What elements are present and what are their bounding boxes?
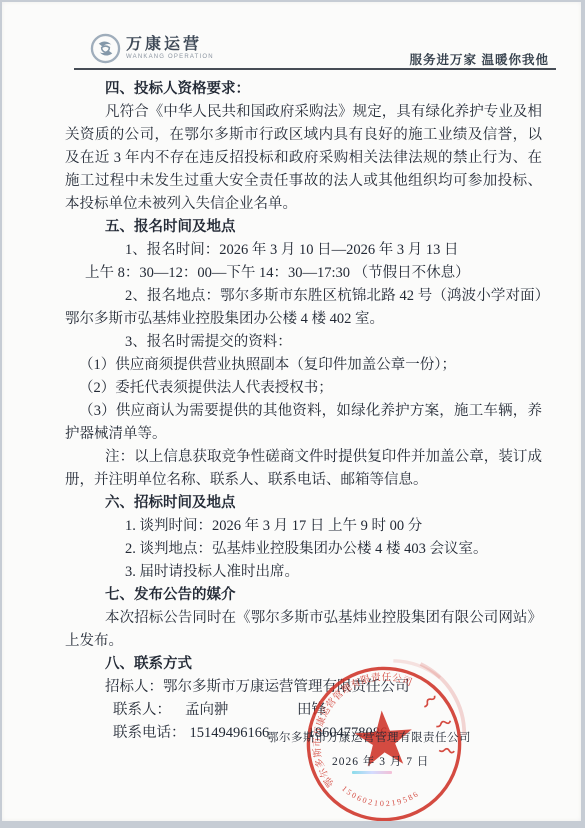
letterhead: 万康运营 WANKANG OPERATION 服务进万家 温暖你我他 — [2, 2, 581, 72]
seal-mongolian-script — [422, 693, 455, 755]
doc-sub-item: （3）供应商认为需要提供的其他资料，如绿化养护方案，施工车辆，养护器械清单等。 — [65, 400, 542, 446]
brand-subtitle: WANKANG OPERATION — [126, 54, 214, 61]
section-heading: 七、发布公告的媒介 — [65, 584, 542, 607]
scanned-tender-document: { "header": { "brand": "万康运营", "brand_su… — [0, 0, 585, 828]
section-heading: 六、招标时间及地点 — [65, 492, 542, 515]
doc-list-item: 2、报名地点：鄂尔多斯市东胜区杭锦北路 42 号（鸿波小学对面）鄂尔多斯市弘基炜… — [65, 285, 542, 331]
contact-person-label: 联系人： — [113, 699, 171, 722]
company-logo: 万康运营 WANKANG OPERATION — [90, 33, 214, 64]
doc-list-item: 1. 谈判时间：2026 年 3 月 17 日 上午 9 时 00 分 — [65, 515, 542, 538]
doc-list-item: 1、报名时间：2026 年 3 月 10 日—2026 年 3 月 13 日 — [65, 239, 542, 262]
doc-sub-item: （1）供应商须提供营业执照副本（复印件加盖公章一份）； — [65, 354, 542, 377]
brand-name: 万康运营 — [126, 36, 214, 54]
section-heading: 五、报名时间及地点 — [65, 216, 542, 239]
signature-company: 鄂尔多斯市万康运营管理有限责任公司 — [267, 729, 471, 745]
doc-sub-item: （2）委托代表须提供法人代表授权书； — [65, 377, 542, 400]
section-heading: 四、投标人资格要求： — [65, 78, 542, 101]
document-page: 万康运营 WANKANG OPERATION 服务进万家 温暖你我他 四、投标人… — [2, 2, 581, 821]
contact-phone-label: 联系电话： — [113, 722, 186, 745]
doc-list-item: 3、报名时需提交的资料： — [65, 331, 542, 354]
contact-person-1: 孟向翀 — [185, 699, 297, 722]
doc-list-item: 3. 届时请投标人准时出席。 — [65, 561, 542, 584]
header-divider — [74, 68, 556, 70]
doc-list-item: 2. 谈判地点：弘基炜业控股集团办公楼 4 楼 403 会议室。 — [65, 538, 542, 561]
company-slogan: 服务进万家 温暖你我他 — [410, 50, 549, 68]
logo-text-block: 万康运营 WANKANG OPERATION — [126, 33, 214, 61]
svg-text:15060210219586: 15060210219586 — [340, 779, 422, 812]
doc-paragraph: 上午 8：30—12：00—下午 14：30—17:30 （节假日不休息） — [65, 262, 542, 285]
seal-serial-number: 15060210219586 — [340, 779, 422, 812]
doc-note: 注：以上信息获取竞争性磋商文件时提供复印件并加盖公章，装订成册，并注明单位名称、… — [65, 446, 542, 492]
document-body: 四、投标人资格要求： 凡符合《中华人民共和国政府采购法》规定，具有绿化养护专业及… — [65, 78, 542, 745]
doc-paragraph: 凡符合《中华人民共和国政府采购法》规定，具有绿化养护专业及相关资质的公司，在鄂尔… — [65, 101, 542, 216]
scan-color-artifact — [352, 771, 392, 774]
doc-paragraph: 本次招标公告同时在《鄂尔多斯市弘基炜业控股集团有限公司网站》上发布。 — [65, 607, 542, 653]
swirl-logo-icon — [90, 33, 121, 64]
signature-date: 2026 年 3 月 7 日 — [332, 753, 429, 769]
